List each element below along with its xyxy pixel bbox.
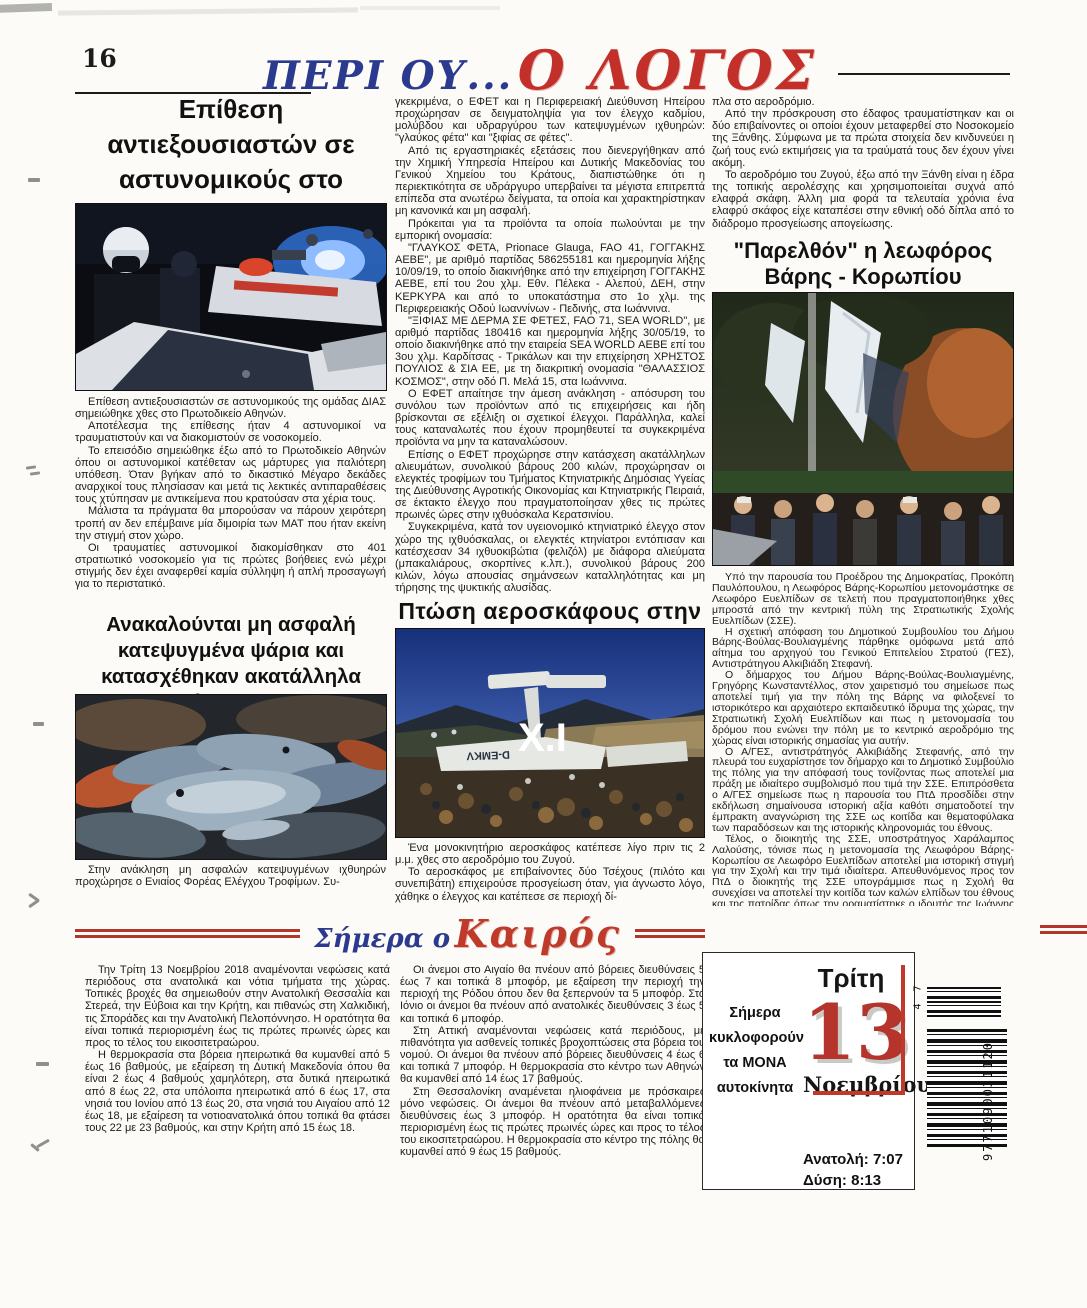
paragraph: Το επεισόδιο σημειώθηκε έξω από το Πρωτο… bbox=[75, 445, 386, 506]
paragraph: Στην ανάκληση μη ασφαλών κατεψυγμένων ιχ… bbox=[75, 864, 386, 888]
police-night-scene-illustration bbox=[76, 204, 386, 390]
notice-line: κυκλοφορούν bbox=[709, 1026, 801, 1051]
sun-times: Ανατολή: 7:07 Δύση: 8:13 bbox=[803, 1149, 903, 1191]
page-number: 16 bbox=[82, 44, 117, 73]
scan-smudge bbox=[360, 6, 500, 10]
paragraph: "ΓΛΑΥΚΟΣ ΦΕΤΑ, Prionace Glauga, FAO 41, … bbox=[395, 242, 705, 315]
paragraph: Η θερμοκρασία στα βόρεια ηπειρωτικά θα κ… bbox=[85, 1049, 390, 1134]
avenue-article-body: Υπό την παρουσία του Προέδρου της Δημοκρ… bbox=[712, 572, 1014, 906]
weather-banner-rule-edge bbox=[1040, 925, 1087, 934]
paragraph: Οι άνεμοι στο Αιγαίο θα πνέουν από βόρει… bbox=[400, 964, 705, 1025]
paragraph: Ο δήμαρχος του Δήμου Βάρης-Βούλας-Βουλια… bbox=[712, 670, 1014, 746]
fish-article-continuation: γκεκριμένα, ο ΕΦΕΤ και η Περιφερειακή Δι… bbox=[395, 96, 705, 596]
weather-col1: Την Τρίτη 13 Νοεμβρίου 2018 αναμένονται … bbox=[85, 964, 390, 1204]
avenue-article-headline: "Παρελθόν" η λεωφόρος Βάρης - Κορωπίου bbox=[712, 238, 1014, 290]
weather-banner-title: Σήμερα ο Καιρός bbox=[300, 911, 635, 956]
paragraph: Η σχετική απόφαση του Δημοτικού Συμβουλί… bbox=[712, 627, 1014, 671]
paragraph: Μάλιστα τα πράγματα θα μπορούσαν να πάρο… bbox=[75, 505, 386, 541]
margin-mark bbox=[36, 1062, 49, 1066]
fish-article-photo bbox=[75, 694, 387, 860]
paragraph: Επίσης ο ΕΦΕΤ προχώρησε στην κατάσχεση α… bbox=[395, 449, 705, 522]
sunset-time: Δύση: 8:13 bbox=[803, 1170, 903, 1191]
plane-article-continuation: πλα στο αεροδρόμιο. Από την πρόσκρουση σ… bbox=[712, 96, 1014, 236]
masthead-right-text: Ο ΛΟΓΟΣ bbox=[518, 38, 817, 102]
weather-col2: Οι άνεμοι στο Αιγαίο θα πνέουν από βόρει… bbox=[400, 964, 705, 1254]
paragraph: Υπό την παρουσία του Προέδρου της Δημοκρ… bbox=[712, 572, 1014, 627]
paragraph: Το αεροσκάφος με επιβαίνοντες δύο Τσέχου… bbox=[395, 866, 705, 902]
calendar-date: Τρίτη 13 Νοεμβρίου bbox=[803, 963, 899, 1097]
newspaper-page: 16 ΠΕΡΙ ΟΥ... Ο ΛΟΓΟΣ Επίθεση αντιεξουσι… bbox=[0, 0, 1087, 1308]
scan-smudge bbox=[58, 7, 358, 15]
fish-article-lead: Στην ανάκληση μη ασφαλών κατεψυγμένων ιχ… bbox=[75, 864, 386, 894]
paragraph: Αποτέλεσμα της επίθεσης ήταν 4 αστυνομικ… bbox=[75, 420, 386, 444]
paragraph: Ο ΕΦΕΤ απαίτησε την άμεση ανάκληση - από… bbox=[395, 388, 705, 449]
paragraph: πλα στο αεροδρόμιο. bbox=[712, 96, 1014, 108]
margin-mark bbox=[30, 471, 40, 475]
weather-banner-word: Καιρός bbox=[455, 911, 621, 956]
notice-line: αυτοκίνητα bbox=[709, 1076, 801, 1101]
header-rule-right bbox=[838, 73, 1010, 75]
paragraph: Επίθεση αντιεξουσιαστών σε αστυνομικούς … bbox=[75, 396, 386, 420]
paragraph: Στη Θεσσαλονίκη αναμένεται ηλιοφάνεια με… bbox=[400, 1086, 705, 1159]
avenue-article-photo bbox=[712, 292, 1014, 566]
margin-mark bbox=[28, 899, 40, 908]
scan-smudge bbox=[0, 3, 52, 13]
paragraph: Την Τρίτη 13 Νοεμβρίου 2018 αναμένονται … bbox=[85, 964, 390, 1049]
weather-banner-prefix: Σήμερα ο bbox=[314, 924, 450, 954]
paragraph: Ένα μονοκινητήριο αεροσκάφος κατέπεσε λί… bbox=[395, 842, 705, 866]
paragraph: Οι τραυματίες αστυνομικοί διακομίσθηκαν … bbox=[75, 542, 386, 591]
margin-mark bbox=[36, 1139, 50, 1149]
margin-mark bbox=[26, 465, 36, 469]
photo-watermark-text: X.I bbox=[518, 716, 567, 760]
notice-line: Σήμερα bbox=[709, 1001, 801, 1026]
plane-crash-illustration: D-EMKV X.I bbox=[396, 629, 704, 837]
barcode-top-digits: 4 7 bbox=[913, 980, 924, 1010]
paragraph: Το αεροδρόμιο του Ζυγού, έξω από την Ξάν… bbox=[712, 169, 1014, 230]
paragraph: Από τις εργαστηριακές εξετάσεις που διεν… bbox=[395, 145, 705, 218]
notice-line: τα ΜΟΝΑ bbox=[709, 1051, 801, 1076]
barcode-digits: 9771090031120 bbox=[981, 1043, 995, 1161]
calendar-card: Σήμερα κυκλοφορούν τα ΜΟΝΑ αυτοκίνητα Τρ… bbox=[702, 952, 915, 1190]
barcode-main-stripes bbox=[927, 1029, 1007, 1147]
attack-article-photo bbox=[75, 203, 387, 391]
weather-banner: Σήμερα ο Καιρός bbox=[75, 916, 705, 950]
calendar-corner-rule-horizontal bbox=[813, 1091, 905, 1095]
weather-banner-rule-right bbox=[635, 929, 705, 938]
seized-fish-illustration bbox=[76, 695, 386, 859]
plane-registration-text: D-EMKV bbox=[466, 748, 510, 762]
paragraph: "ΞΙΦΙΑΣ ΜΕ ΔΕΡΜΑ ΣΕ ΦΕΤΕΣ, FAO 71, SEA W… bbox=[395, 315, 705, 388]
odd-even-traffic-notice: Σήμερα κυκλοφορούν τα ΜΟΝΑ αυτοκίνητα bbox=[709, 1001, 801, 1101]
margin-mark bbox=[33, 722, 44, 726]
paragraph: Πρόκειται για τα προϊόντα τα οποία πωλού… bbox=[395, 218, 705, 242]
plane-article-body: Ένα μονοκινητήριο αεροσκάφος κατέπεσε λί… bbox=[395, 842, 705, 906]
plane-article-photo: D-EMKV X.I bbox=[395, 628, 705, 838]
sunrise-time: Ανατολή: 7:07 bbox=[803, 1149, 903, 1170]
barcode-top-stripes bbox=[927, 987, 1001, 1019]
attack-article-body: Επίθεση αντιεξουσιαστών σε αστυνομικούς … bbox=[75, 396, 386, 602]
paragraph: Τέλος, ο διοικητής της ΣΣΕ, υποστράτηγος… bbox=[712, 834, 1014, 906]
issue-barcode: 4 7 9771090031120 bbox=[915, 985, 1010, 1160]
paragraph: γκεκριμένα, ο ΕΦΕΤ και η Περιφερειακή Δι… bbox=[395, 96, 705, 145]
paragraph: Συγκεκριμένα, κατά τον υγειονομικό κτηνι… bbox=[395, 521, 705, 594]
margin-mark bbox=[28, 178, 40, 182]
day-number: 13 bbox=[803, 994, 899, 1072]
paragraph: Από την πρόσκρουση στο έδαφος τραυματίστ… bbox=[712, 108, 1014, 169]
paragraph: Ο Α/ΓΕΣ, αντιστράτηγός Αλκιβιάδης Στεφαν… bbox=[712, 747, 1014, 834]
paragraph: Στη Αττική αναμένονται νεφώσεις κατά περ… bbox=[400, 1025, 705, 1086]
calendar-corner-rule-vertical bbox=[901, 965, 905, 1095]
weather-banner-rule-left bbox=[75, 929, 300, 938]
ceremony-illustration bbox=[713, 293, 1013, 565]
